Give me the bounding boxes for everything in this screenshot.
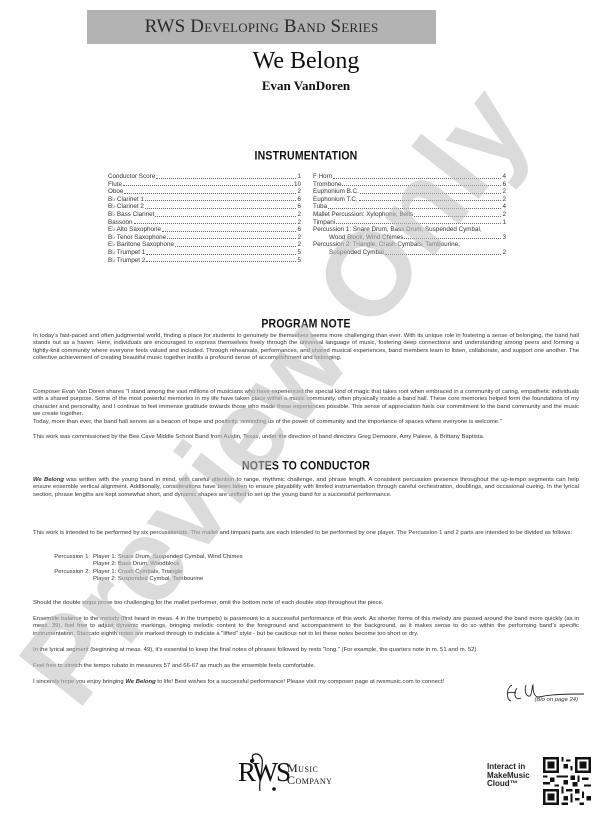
instrument-row: Oboe2 [108, 188, 301, 196]
instrument-name: B♭ Clarinet 2 [108, 203, 144, 211]
player-assignment: Player 1: Crash Cymbals, Triangle [93, 569, 182, 576]
dot-leader [123, 185, 293, 186]
instrument-row: E♭ Baritone Saxophone2 [108, 241, 301, 249]
instrument-row: B♭ Tenor Saxophone2 [108, 234, 301, 242]
percussion-part-label: Percussion 1: [50, 554, 93, 561]
instrument-row: B♭ Trumpet 15 [108, 249, 301, 257]
part-count: 2 [502, 249, 506, 257]
player-assignment: Player 1: Snare Drum, Suspended Cymbal, … [93, 554, 243, 561]
dot-leader [359, 200, 502, 201]
dot-leader [414, 216, 501, 217]
dot-leader [134, 223, 297, 224]
part-count: 1 [502, 219, 506, 227]
instrument-name: B♭ Trumpet 1 [108, 249, 145, 257]
instrument-name: Mallet Percussion: Xylophone, Bells [313, 211, 413, 219]
composer-name: Evan VanDoren [0, 78, 612, 94]
instrument-row: Tuba4 [313, 203, 506, 211]
program-note-quote: Composer Evan Van Doren shares "I stand … [33, 389, 579, 419]
dot-leader [146, 254, 296, 255]
notes-paragraph-4: Ensemble balance to the melody (first he… [33, 616, 579, 638]
percussion-part-label [50, 561, 93, 568]
instrument-name: Euphonium T.C. [313, 196, 358, 204]
program-note-quote-end: Today, more than ever, the band hall ser… [33, 419, 579, 426]
instrument-row: Euphonium B.C.2 [313, 188, 506, 196]
instrument-name: Suspended Cymbal [313, 249, 384, 257]
dot-leader [336, 223, 501, 224]
part-count: 2 [297, 219, 301, 227]
part-count: 2 [502, 196, 506, 204]
part-count: 3 [502, 234, 506, 242]
percussion-part-label [50, 576, 93, 583]
logo-wordmark: Music Company [287, 762, 332, 786]
instrument-name: Tuba [313, 203, 327, 211]
rws-music-company-logo: RWS Music Company [238, 751, 370, 795]
commission-note: This work was commissioned by the Bee Ca… [33, 434, 579, 441]
part-count: 6 [502, 181, 506, 189]
piece-title: We Belong [0, 48, 612, 75]
part-count: 2 [297, 234, 301, 242]
program-note-heading: PROGRAM NOTE [0, 317, 612, 331]
dot-leader [167, 238, 296, 239]
dot-leader [146, 261, 296, 262]
instrument-name: F Horn [313, 173, 332, 181]
part-count: 2 [297, 211, 301, 219]
makemusic-cloud-label: Interact in MakeMusic Cloud™ [487, 763, 530, 789]
instrument-row: Flute10 [108, 181, 301, 189]
instrument-name: B♭ Trumpet 2 [108, 257, 145, 265]
percussion-assignment-list: Percussion 1:Player 1: Snare Drum, Suspe… [50, 554, 243, 584]
dot-leader [342, 185, 501, 186]
notes-to-conductor-heading: NOTES TO CONDUCTOR [0, 459, 612, 473]
percussion-assignment: Player 2: Suspended Cymbal, Tambourine [50, 576, 243, 583]
percussion-assignment: Percussion 1:Player 1: Snare Drum, Suspe… [50, 554, 243, 561]
dot-leader [385, 254, 502, 255]
dot-leader [124, 193, 296, 194]
percussion-assignment: Player 2: Bass Drum, Woodblock [50, 561, 243, 568]
notes-paragraph-7: I sincerely hope you enjoy bringing We B… [33, 679, 503, 686]
instrument-name: Conductor Score [108, 173, 155, 181]
dot-leader [155, 216, 296, 217]
instrument-name: Percussion 1: Snare Drum, Bass Drum, Sus… [313, 226, 506, 234]
instrument-row: E♭ Alto Saxophone6 [108, 226, 301, 234]
logo-mark: RWS [238, 757, 289, 788]
instrument-row: F Horn4 [313, 173, 506, 181]
piece-title-inline: We Belong [33, 477, 64, 483]
player-assignment: Player 2: Bass Drum, Woodblock [93, 561, 179, 568]
qr-code-icon[interactable] [543, 757, 591, 805]
instrument-row: Suspended Cymbal2 [313, 249, 506, 257]
instrument-row: Euphonium T.C.2 [313, 196, 506, 204]
instrumentation-heading: INSTRUMENTATION [0, 149, 612, 163]
dot-leader [162, 231, 296, 232]
notes-paragraph-5: In the lyrical segment (beginning at mea… [33, 647, 579, 654]
dot-leader [404, 238, 501, 239]
percussion-assignment: Percussion 2:Player 1: Crash Cymbals, Tr… [50, 569, 243, 576]
percussion-part-label: Percussion 2: [50, 569, 93, 576]
instrument-row: Conductor Score1 [108, 173, 301, 181]
part-count: 4 [502, 203, 506, 211]
part-count: 2 [502, 211, 506, 219]
part-count: 6 [297, 203, 301, 211]
instrument-row: Timpani1 [313, 219, 506, 227]
dot-leader [328, 208, 501, 209]
dot-leader [145, 200, 297, 201]
part-count: 1 [297, 173, 301, 181]
instrument-name: E♭ Alto Saxophone [108, 226, 161, 234]
instrument-row: B♭ Clarinet 26 [108, 203, 301, 211]
part-count: 5 [297, 249, 301, 257]
instrumentation-list-right: F Horn4Trombone6Euphonium B.C.2Euphonium… [313, 173, 506, 257]
part-count: 6 [297, 226, 301, 234]
part-count: 2 [297, 241, 301, 249]
instrument-name: Oboe [108, 188, 123, 196]
instrument-name: B♭ Clarinet 1 [108, 196, 144, 204]
dot-leader [145, 208, 297, 209]
part-count: 2 [297, 188, 301, 196]
instrument-name: B♭ Bass Clarinet [108, 211, 154, 219]
instrument-name: Flute [108, 181, 122, 189]
part-count: 5 [297, 257, 301, 265]
notes-paragraph-3: Should the double stops prove too challe… [33, 600, 579, 607]
instrument-name: Timpani [313, 219, 335, 227]
instrument-name: Wood Block, Wind Chimes [313, 234, 403, 242]
instrument-name: Bassoon [108, 219, 133, 227]
piece-title-inline: We Belong [125, 679, 155, 685]
instrument-row: B♭ Bass Clarinet2 [108, 211, 301, 219]
part-count: 4 [502, 173, 506, 181]
instrument-name: Euphonium B.C. [313, 188, 359, 196]
notes-paragraph-6: Feel free to stretch the tempo rubato in… [33, 663, 579, 670]
part-count: 2 [502, 188, 506, 196]
series-title: RWS Developing Band Series [145, 16, 379, 38]
instrument-name: B♭ Tenor Saxophone [108, 234, 166, 242]
dot-leader [360, 193, 502, 194]
instrument-row: B♭ Trumpet 25 [108, 257, 301, 265]
series-banner: RWS Developing Band Series [87, 10, 436, 44]
instrument-row: B♭ Clarinet 16 [108, 196, 301, 204]
instrumentation-list-left: Conductor Score1Flute10Oboe2B♭ Clarinet … [108, 173, 301, 264]
dot-leader [333, 178, 501, 179]
program-note-paragraph-1: In today’s fast-paced and often judgment… [33, 333, 579, 363]
dot-leader [175, 246, 296, 247]
part-count: 6 [297, 196, 301, 204]
notes-paragraph-2: This work is intended to be performed by… [33, 530, 579, 537]
instrument-row: Trombone6 [313, 181, 506, 189]
instrument-name: Trombone [313, 181, 341, 189]
instrument-name: Percussion 2: Triangle, Crash Cymbals, T… [313, 241, 506, 249]
instrument-row: Mallet Percussion: Xylophone, Bells2 [313, 211, 506, 219]
player-assignment: Player 2: Suspended Cymbal, Tambourine [93, 576, 203, 583]
notes-paragraph-1: We Belong was written with the young ban… [33, 477, 579, 499]
instrument-name: E♭ Baritone Saxophone [108, 241, 174, 249]
program-note-paragraph-2: Composer Evan Van Doren shares "I stand … [33, 389, 579, 426]
part-count: 10 [294, 181, 301, 189]
dot-leader [156, 178, 296, 179]
instrument-row: Wood Block, Wind Chimes3 [313, 234, 506, 242]
instrument-row: Bassoon2 [108, 219, 301, 227]
bio-reference: (Bio on page 24) [534, 697, 578, 703]
